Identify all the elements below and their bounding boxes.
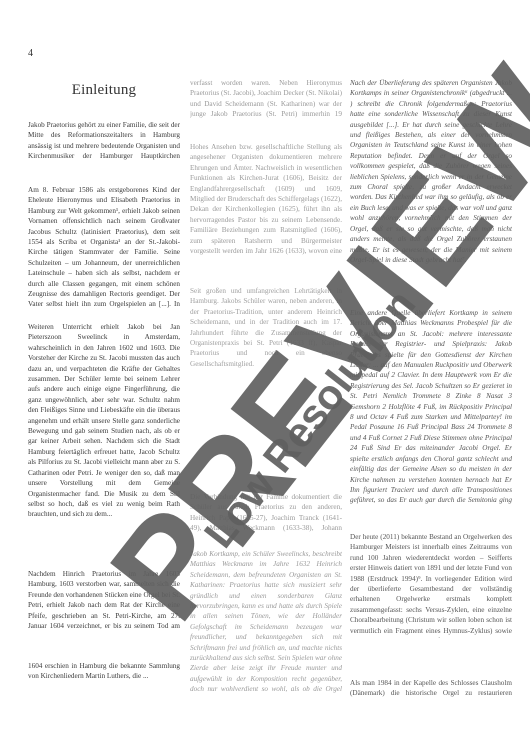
page-number: 4 (28, 48, 33, 59)
paragraph: 1604 erschien in Hamburg die bekannte Sa… (28, 661, 180, 694)
paragraph: Nachdem Hinrich Praetorius im Jahre 1603… (28, 569, 180, 633)
document-page: 4 Einleitung Jakob Praetorius gehört zu … (0, 0, 530, 750)
paragraph: Eine andere Quelle überliefert Kortkamp … (350, 308, 512, 504)
paragraph: Jakob Praetorius gehört zu einer Familie… (28, 120, 180, 164)
page-title: Einleitung (28, 82, 180, 99)
paragraph: Hohes Ansehen bzw. gesellschaftliche Ste… (190, 142, 342, 258)
paragraph: Die Verbindung mit der Familie dokumenti… (190, 492, 342, 536)
paragraph: Der heute (2011) bekannte Bestand an Org… (350, 532, 512, 638)
paragraph: verfasst worden waren. Neben Hieronymus … (190, 78, 342, 122)
paragraph: Weiteren Unterricht erhielt Jakob bei Ja… (28, 322, 180, 558)
paragraph: Als man 1984 in der Kapelle des Schlosse… (350, 678, 512, 700)
paragraph: Nach der Überlieferung des späteren Orga… (350, 78, 512, 266)
paragraph: Jakob Kortkamp, ein Schüler Sweelincks, … (190, 549, 342, 697)
paragraph: Seit großen und umfangreichen Lehrtätigk… (190, 286, 342, 406)
paragraph: Am 8. Februar 1586 als erstgeborenes Kin… (28, 185, 180, 311)
